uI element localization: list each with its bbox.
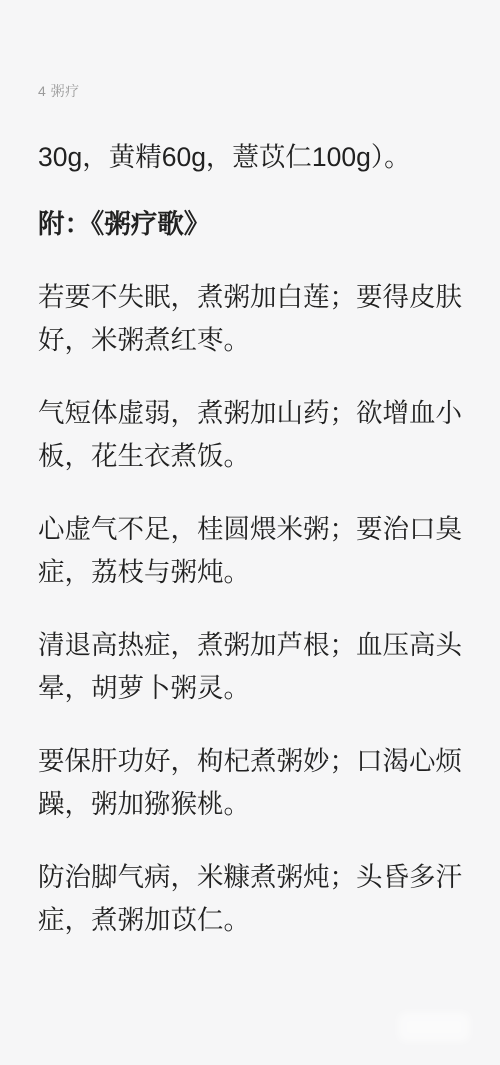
verse-paragraph: 心虚气不足，桂圆煨米粥；要治口臭 症，荔枝与粥炖。 <box>38 508 463 594</box>
reader-page[interactable]: 4 粥疗 30g，黄精60g，薏苡仁100g）。 附：《粥疗歌》 若要不失眠，煮… <box>0 0 500 1065</box>
verse-paragraph: 清退高热症，煮粥加芦根；血压高头 晕，胡萝卜粥灵。 <box>38 624 463 710</box>
verse-paragraph: 要保肝功好，枸杞煮粥妙；口渴心烦 躁，粥加猕猴桃。 <box>38 740 463 826</box>
verse-paragraph: 气短体虚弱，煮粥加山药；欲增血小 板，花生衣煮饭。 <box>38 392 463 478</box>
verse-list: 若要不失眠，煮粥加白莲；要得皮肤 好，米粥煮红枣。气短体虚弱，煮粥加山药；欲增血… <box>38 276 463 942</box>
chapter-header-label: 4 粥疗 <box>38 81 463 101</box>
watermark-remnant <box>398 1012 470 1042</box>
verse-paragraph: 若要不失眠，煮粥加白莲；要得皮肤 好，米粥煮红枣。 <box>38 276 463 362</box>
continuation-paragraph: 30g，黄精60g，薏苡仁100g）。 <box>38 136 463 179</box>
verse-paragraph: 防治脚气病，米糠煮粥炖；头昏多汗 症，煮粥加苡仁。 <box>38 856 463 942</box>
section-heading: 附：《粥疗歌》 <box>38 203 463 246</box>
